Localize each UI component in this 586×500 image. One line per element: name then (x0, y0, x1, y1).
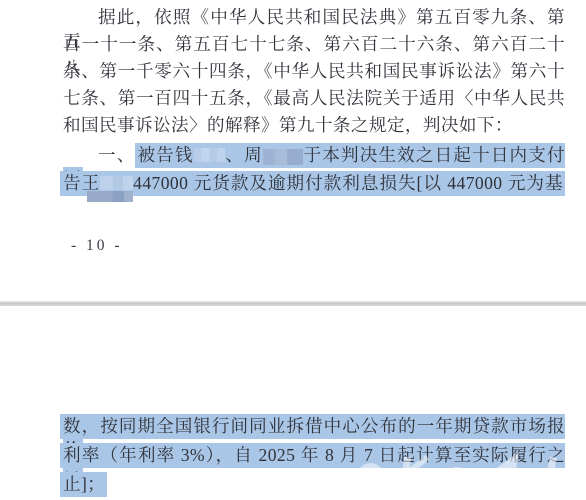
legal-basis-line-5: 和国民事诉讼法〉的解释》第九十条之规定，判决如下： (63, 113, 565, 137)
payment-amount-text: 447000 元货款及逾期付款利息损失[以 447000 元为基 (133, 173, 563, 193)
defendant-name-2-text: 、周 (225, 145, 263, 165)
page-number: - 10 - (71, 237, 123, 255)
plaintiff-name-text: 告王 (63, 173, 100, 193)
selected-text: 告王447000 元货款及逾期付款利息损失[以 447000 元为基 (60, 171, 565, 196)
section-divider (0, 301, 586, 306)
redaction-block-plaintiff (100, 176, 133, 190)
interest-clause-line-3: 止]； (63, 472, 565, 496)
legal-basis-line-3: 条、第一千零六十四条，《中华人民共和国民事诉讼法》第六十 (63, 59, 565, 83)
redaction-block-defendant-2 (263, 149, 303, 165)
document-viewer: 据此，依照《中华人民共和国民法典》第五百零九条、第五 百一十一条、第五百七十七条… (0, 0, 586, 500)
judgment-item-line-2: 告王447000 元货款及逾期付款利息损失[以 447000 元为基 (63, 171, 565, 195)
defendant-name-1-text: 被告钱 (137, 145, 193, 165)
selected-text: 止]； (60, 472, 107, 497)
redaction-block-below-line (87, 191, 133, 202)
redaction-block-defendant-1 (194, 148, 225, 162)
legal-basis-line-4: 七条、第一百四十五条，《最高人民法院关于适用〈中华人民共 (63, 86, 565, 110)
judgment-item-number: 一、 (98, 145, 135, 165)
